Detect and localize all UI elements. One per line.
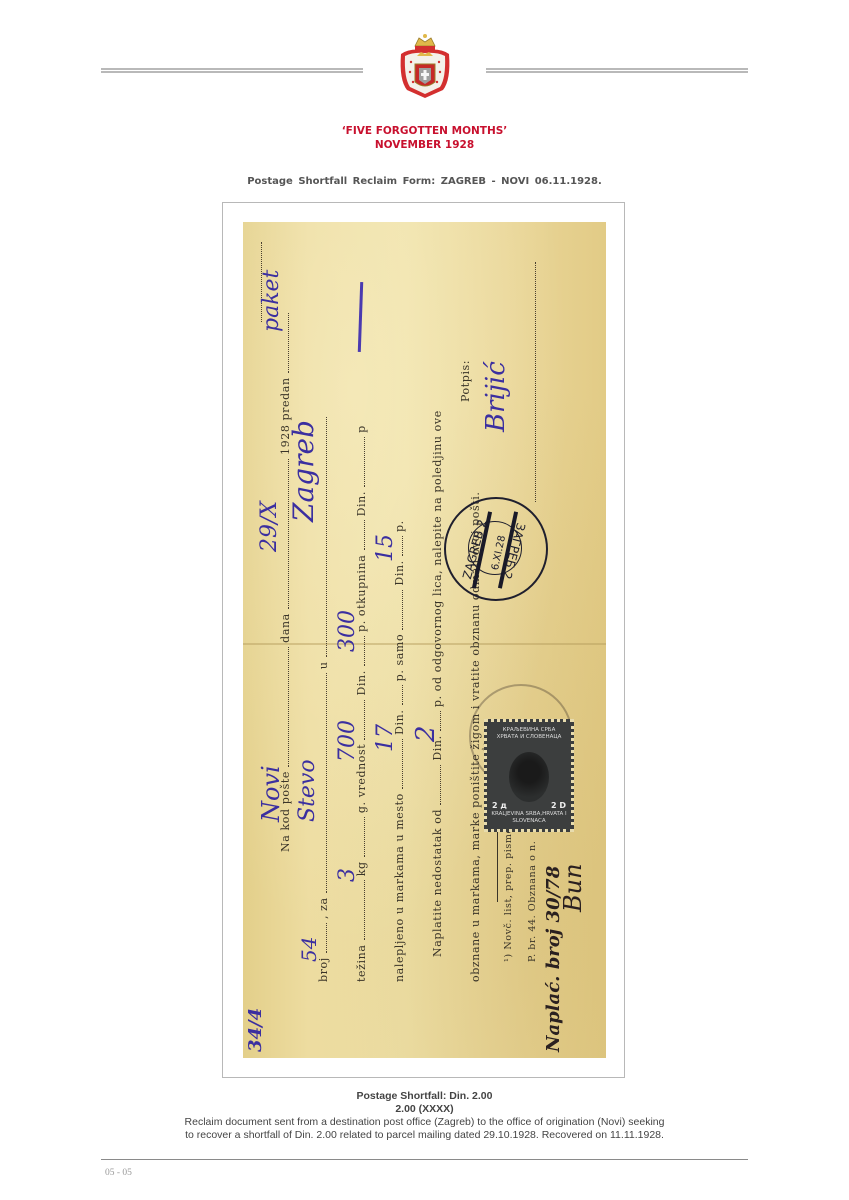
zagreb-postmark: ZAGREB 2 ЗАГРЕБ 2 6.XI.28 [444, 497, 548, 601]
handwritten-signature: Brijić [481, 361, 511, 432]
handwritten-number: 54 [297, 937, 321, 962]
handwritten-grams: 700 [335, 720, 360, 762]
paper-fold [243, 643, 606, 645]
handwritten-weight: 3 [335, 868, 360, 882]
page-number: 05 - 05 [105, 1168, 132, 1178]
stamp-value-right: 2 D [551, 801, 566, 810]
form-footnote-2: P. br. 44. Obznana o n. [527, 841, 538, 962]
postage-stamp: КРАЉЕВИНА СРБА ХРВАТА И СЛОВЕНАЦА 2 д 2 … [484, 719, 574, 832]
stamp-portrait-icon [509, 752, 549, 802]
handwritten-date: 29/X [257, 501, 282, 552]
stamp-bottom-text: KRALJEVINA SRBA,HRVATA I SLOVENACA [491, 811, 567, 825]
footer-rule [101, 1159, 748, 1160]
title-line-2: NOVEMBER 1928 [0, 138, 849, 152]
handwritten-for: Stevo [295, 759, 320, 822]
header-rule-right [486, 68, 748, 73]
handwritten-item-type: paket [259, 270, 284, 332]
exhibit-title: ‘FIVE FORGOTTEN MONTHS’ NOVEMBER 1928 [0, 124, 849, 152]
handwritten-post-office: Novi [257, 765, 285, 822]
caption-description-1: Reclaim document sent from a destination… [0, 1116, 849, 1129]
caption-shortfall: Postage Shortfall: Din. 2.00 [0, 1090, 849, 1103]
handwritten-ref-number: 34/4 [245, 1008, 266, 1052]
form-line-5: Naplatite nedostatak od Din. p. od odgov… [431, 410, 444, 957]
caption-description-2: to recover a shortfall of Din. 2.00 rela… [0, 1129, 849, 1142]
handwritten-only-amount: 15 [373, 534, 398, 562]
title-line-1: ‘FIVE FORGOTTEN MONTHS’ [0, 124, 849, 138]
handwritten-shortfall: 2 [411, 725, 441, 742]
document-caption: Postage Shortfall: Din. 2.00 2.00 (XXXX)… [0, 1090, 849, 1142]
signature-line [535, 262, 537, 502]
page-subtitle: Postage Shortfall Reclaim Form: ZAGREB -… [0, 176, 849, 187]
reclaim-form-document: Na kod pošte dana 1928 predan broj , za … [243, 222, 606, 1058]
royal-coat-of-arms-icon [397, 32, 453, 100]
stamp-top-text: КРАЉЕВИНА СРБА ХРВАТА И СЛОВЕНАЦА [491, 727, 567, 741]
handwritten-strike-line [358, 282, 363, 352]
handwritten-destination: Zagreb [287, 420, 320, 522]
form-line-3: težina kg g. vrednost Din. p. otkupnina … [355, 425, 368, 982]
signature-label: Potpis: [459, 360, 472, 402]
stamp-value-left: 2 д [492, 801, 507, 810]
handwritten-initials: Bun [559, 863, 587, 912]
handwritten-value: 300 [335, 610, 360, 652]
header-rule-left [101, 68, 363, 73]
handwritten-stamps-amount: 17 [373, 724, 398, 752]
caption-value: 2.00 (XXXX) [0, 1103, 849, 1116]
